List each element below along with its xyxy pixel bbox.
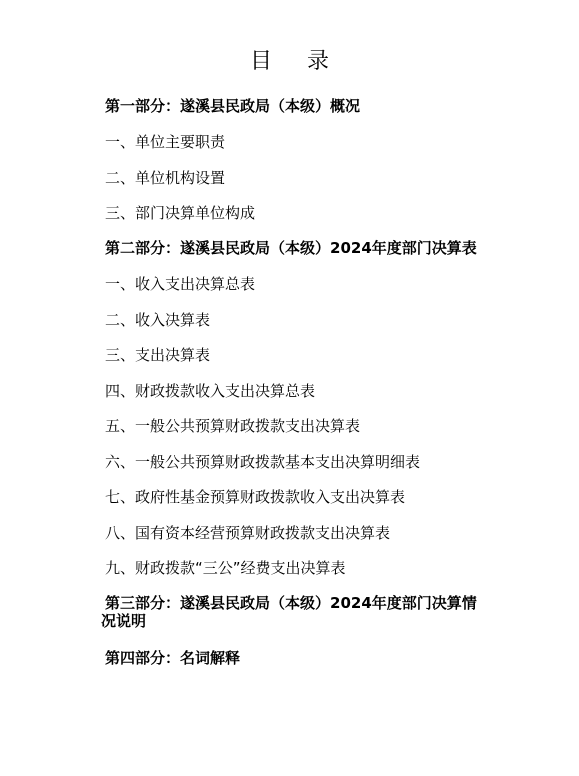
- toc-item[interactable]: 九、财政拨款“三公”经费支出决算表: [105, 557, 346, 578]
- toc-item[interactable]: 一、收入支出决算总表: [105, 273, 255, 294]
- toc-item[interactable]: 七、政府性基金预算财政拨款收入支出决算表: [105, 486, 405, 507]
- toc-item[interactable]: 二、收入决算表: [105, 309, 210, 330]
- toc-item[interactable]: 八、国有资本经营预算财政拨款支出决算表: [105, 522, 390, 543]
- toc-part-3[interactable]: 第三部分：遂溪县民政局（本级）2024年度部门决算情 况说明: [105, 594, 505, 630]
- toc-title: 目 录: [0, 44, 579, 75]
- toc-part-4[interactable]: 第四部分：名词解释: [105, 647, 240, 668]
- toc-item[interactable]: 三、部门决算单位构成: [105, 202, 255, 223]
- toc-item[interactable]: 二、单位机构设置: [105, 167, 225, 188]
- toc-item[interactable]: 五、一般公共预算财政拨款支出决算表: [105, 415, 360, 436]
- toc-item[interactable]: 一、单位主要职责: [105, 131, 225, 152]
- toc-item[interactable]: 三、支出决算表: [105, 344, 210, 365]
- toc-item[interactable]: 六、一般公共预算财政拨款基本支出决算明细表: [105, 451, 420, 472]
- toc-part-1[interactable]: 第一部分：遂溪县民政局（本级）概况: [105, 95, 360, 116]
- toc-item[interactable]: 四、财政拨款收入支出决算总表: [105, 380, 315, 401]
- toc-part-3-line2: 况说明: [101, 612, 505, 630]
- toc-part-2[interactable]: 第二部分：遂溪县民政局（本级）2024年度部门决算表: [105, 237, 477, 258]
- toc-part-3-line1: 第三部分：遂溪县民政局（本级）2024年度部门决算情: [105, 594, 477, 612]
